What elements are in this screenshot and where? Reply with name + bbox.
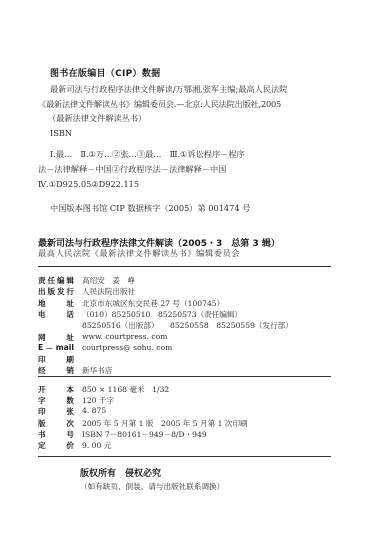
- spec-value: 4. 875: [82, 406, 106, 415]
- copyright-title: 版权所有 侵权必究: [80, 466, 161, 479]
- cip-class-1: Ⅰ.最… Ⅱ.①万…②张…③最… Ⅲ.①诉讼程序－程序: [50, 149, 245, 160]
- publisher-info-label: 责任编辑: [38, 275, 74, 286]
- publisher-info-value: courtpress@ sohu. com: [82, 343, 172, 352]
- publisher-info-value: 新华书店: [82, 365, 112, 376]
- divider-bottom: [38, 456, 331, 457]
- publisher-info-label: 地址: [38, 298, 74, 309]
- publisher-info-value: 人民法院出版社: [82, 286, 135, 297]
- publisher-info-label: 电话: [38, 309, 74, 320]
- publisher-info-value: 85250516（出版部） 85250558 85250559（发行部）: [82, 320, 293, 331]
- spec-label: 开本: [38, 384, 74, 395]
- spec-label: 版次: [38, 418, 74, 429]
- cip-class-2: 法－法律解释－中国②行政程序法－法律解释－中国: [38, 164, 226, 175]
- spec-value: 9. 00 元: [82, 440, 111, 451]
- publisher-info-value: 北京市东城区东交民巷 27 号（100745）: [82, 298, 224, 309]
- publisher-info-label: 经销: [38, 365, 74, 376]
- divider-middle: [38, 376, 331, 377]
- cip-verification: 中国版本图书馆 CIP 数据核字（2005）第 001474 号: [50, 203, 250, 214]
- publisher-info-value: www. courtpress. com: [82, 332, 167, 341]
- cip-line-1: 最新司法与行政程序法律文件解读/万鄂湘,张军主编;最高人民法院: [50, 84, 287, 95]
- cip-heading: 图书在版编目（CIP）数据: [50, 66, 160, 79]
- spec-label: 书号: [38, 429, 74, 440]
- spec-value: 850 × 1168 毫米 1/32: [82, 384, 169, 395]
- divider-top: [38, 266, 331, 267]
- cip-class-3: Ⅳ.①D925.05②D922.115: [38, 179, 139, 189]
- publisher-info-label: 印刷: [38, 354, 74, 365]
- spec-value: 2005 年 5 月第 1 版 2005 年 5 月第 1 次印刷: [82, 418, 248, 429]
- spec-label: 字数: [38, 395, 74, 406]
- spec-label: 定价: [38, 440, 74, 451]
- copyright-note: （如有缺页、倒装，请与出版社联系调换）: [80, 481, 224, 492]
- publisher-info-label: 出版发行: [38, 286, 74, 297]
- cip-line-isbn: ISBN: [50, 128, 72, 138]
- publisher-info-label: E－mail: [38, 343, 74, 354]
- publisher-info-value: 高绍安 姜 峥: [82, 275, 135, 286]
- book-subtitle: 最高人民法院《最新法律文件解读丛书》编辑委员会: [38, 248, 240, 259]
- spec-value: 120 千字: [82, 395, 114, 406]
- cip-line-3: （最新法律文件解读丛书）: [48, 113, 146, 124]
- publisher-info-value: （010）85250510 85250573（责任编辑）: [82, 309, 242, 320]
- publisher-info-label: 网址: [38, 332, 74, 343]
- spec-value: ISBN 7－80161－949－8/D・949: [82, 429, 207, 440]
- cip-line-2: 《最新法律文件解读丛书》编辑委员会.—北京:人民法院出版社,2005: [38, 99, 281, 110]
- spec-label: 印张: [38, 406, 74, 417]
